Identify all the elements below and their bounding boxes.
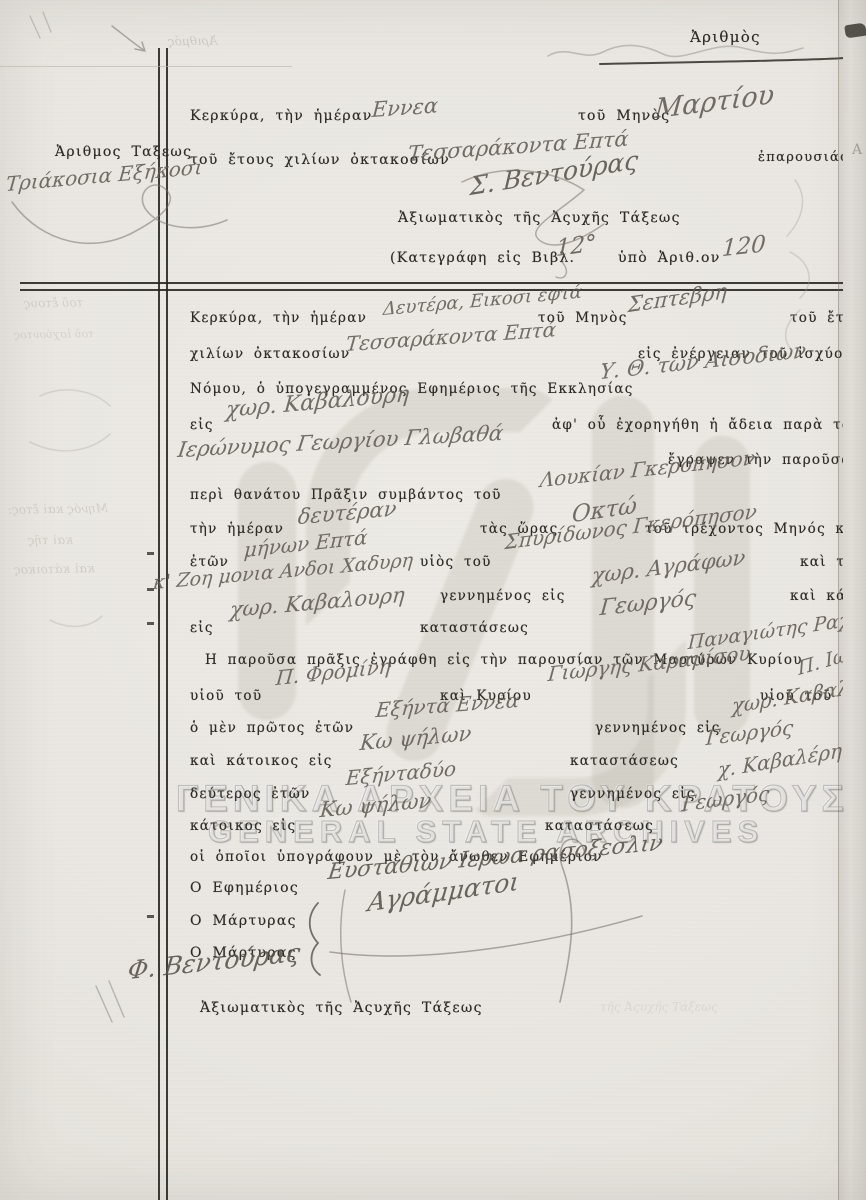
- ghost-kai-tis: καὶ τῆς: [28, 533, 73, 548]
- born-at-label: γεννημένος εἰς: [440, 588, 566, 604]
- scanned-death-record-page: ΓΕΝΙΚΑ ΑΡΧΕΙΑ ΤΟΥ ΚΡΑΤΟΥΣ GENERAL STATE …: [0, 0, 866, 1200]
- act-year-words-label: χιλίων ὀκτακοσίων: [190, 346, 350, 362]
- first-witness-resident-label: καὶ κάτοικος εἰς: [190, 753, 333, 769]
- ghost-minos-etos: Μηνός καὶ ἔτος:: [8, 501, 108, 517]
- top-month-handwritten: Μαρτίου: [654, 79, 776, 125]
- ghost-kai-katoikos: καὶ κάτοικος: [14, 561, 95, 576]
- act-place-date-label: Κερκύρα, τὴν ἡμέραν: [190, 310, 367, 326]
- witness2-father-handwritten: Π. Ιωάννη: [797, 631, 843, 680]
- first-witness-birthplace-handwritten: χωρ. Καβαλέρη: [732, 670, 843, 718]
- efimerios-label: Ο Εφημέριος: [190, 880, 299, 896]
- top-place-date-label: Κερκύρα, τὴν ἡμέραν: [190, 108, 373, 124]
- officer-title-label: Ἀξιωματικὸς τῆς Ἀςυχῆς Τάξεως: [200, 1000, 483, 1016]
- top-right-corner-mark: [844, 23, 866, 39]
- second-witness-residence-handwritten: Κω ψήλων: [319, 788, 432, 822]
- priest-name-handwritten: Ιερώνυμος Γεωργίου Γλωβαθά: [176, 421, 505, 462]
- residence-eis-label: εἰς: [190, 620, 214, 636]
- status-label: καταστάσεως: [420, 620, 529, 636]
- act-year-label: τοῦ ἔτους: [790, 310, 843, 326]
- martyras1-label: Ο Μάρτυρας: [190, 913, 297, 929]
- son-of-label: υἱὸς τοῦ: [420, 554, 492, 570]
- residence-village-handwritten: χωρ. Καβαλουρη: [229, 583, 406, 623]
- margin-number-value-handwritten: Τριάκοσια Εξήκοσι: [5, 155, 204, 196]
- witness1-son-of-label: υἱοῦ τοῦ: [190, 688, 262, 704]
- ghost-next-page-letter: Α: [852, 142, 862, 158]
- witness2-name-handwritten: Γιώργης Καραμίσου: [547, 641, 752, 687]
- rule-tick: [147, 915, 154, 918]
- ghost-ischyontos: τοῦ ἰσχύοντος: [14, 327, 94, 341]
- register-entry-label: (Κατεγράφη εἰς Βιβλ.: [390, 250, 575, 266]
- arithmos-label: Ἀριθμὸς: [690, 28, 761, 46]
- second-witness-born-label: γεννημένος εἰς: [570, 786, 696, 802]
- and-resident-label: καὶ κάτοικος: [790, 588, 843, 604]
- ghost-arithmos: Ἀριθμός: [168, 34, 218, 49]
- first-witness-status-label: καταστάσεως: [570, 753, 679, 769]
- deceased-name-handwritten: Λουκίαν Γκερόπησον: [539, 445, 756, 492]
- page-right-edge: [838, 0, 866, 1200]
- first-witness-born-label: γεννημένος εἰς: [595, 720, 721, 736]
- top-day-handwritten: Εννεα: [371, 93, 439, 122]
- faint-pencil-line: [0, 66, 292, 67]
- second-witness-age-handwritten: Εξήνταδύο: [345, 756, 457, 790]
- first-witness-age-handwritten: Εξήντα Εννέα: [375, 688, 521, 722]
- first-witness-residence-handwritten: Κω ψήλων: [359, 721, 472, 755]
- birthplace-handwritten: χωρ. Αγράφων: [591, 545, 746, 588]
- and-of-mother-label: καὶ τῆς: [800, 554, 843, 570]
- vertical-double-rule: [158, 48, 168, 1200]
- page-body-clip: Ἀριθμὸς Ἀριθμος Ταξεως Τριάκοσια Εξήκοσι…: [0, 0, 843, 1200]
- act-year-handwritten: Τεσσαράκοντα Επτά: [345, 317, 557, 356]
- ghost-tou-etous: τοῦ ἔτους: [24, 295, 84, 310]
- register-number-handwritten: 120: [721, 231, 767, 262]
- rule-tick: [147, 622, 154, 625]
- register-book-number-handwritten: 12°: [556, 230, 597, 262]
- first-witness-age-label: ὁ μὲν πρῶτος ἐτῶν: [190, 720, 354, 736]
- second-witness-status-label: καταστάσεως: [545, 818, 654, 834]
- permission-granted-label: ἀφ' οὗ ἐχορηγήθη ἡ ἄδεια παρὰ τοῦ: [552, 417, 843, 433]
- church-village-eis-label: εἰς: [190, 417, 214, 433]
- rule-tick: [147, 552, 154, 555]
- presented-label: ἐπαρουσιάσθη: [758, 150, 843, 165]
- ghost-officer-title: τῆς Ἀςυχῆς Τάξεως: [600, 1000, 718, 1014]
- second-witness-resident-label: κάτοικος εἰς: [190, 818, 296, 834]
- top-officer-title: Ἀξιωματικὸς τῆς Ἀςυχῆς Τάξεως: [398, 210, 681, 226]
- second-witness-age-label: δεύτερος ἐτῶν: [190, 786, 311, 802]
- register-under-number-label: ὑπὸ Ἀριθ.ον: [618, 250, 721, 266]
- occupation-handwritten: Γεωργός: [599, 586, 697, 621]
